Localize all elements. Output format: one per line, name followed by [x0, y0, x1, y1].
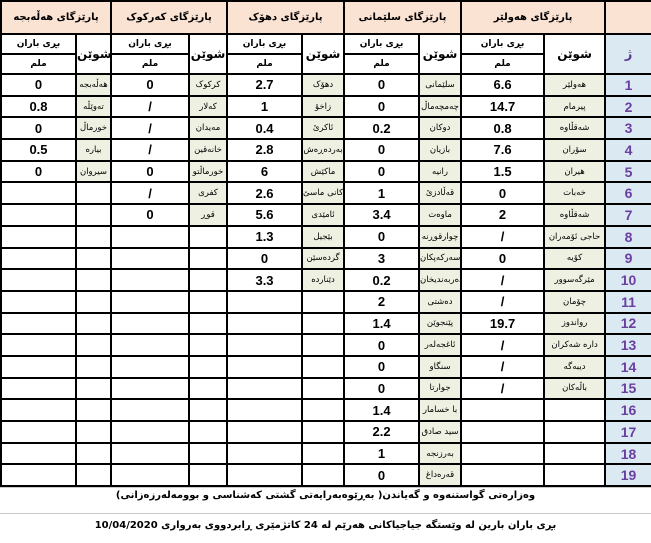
- unit-label: ملم: [111, 54, 189, 74]
- rain-value-halabja: 0.8: [1, 96, 76, 118]
- row-number: 15: [605, 378, 651, 400]
- rain-value-erbil: 2: [461, 204, 544, 226]
- row-number: 17: [605, 421, 651, 443]
- rain-value-erbil: [461, 464, 544, 486]
- row-number: 4: [605, 139, 651, 161]
- rain-value-duhok: [227, 378, 302, 400]
- table-row: 2دەشتی/چۆمان11: [1, 291, 651, 313]
- rain-value-sulaymaniyah: 0.2: [344, 269, 419, 291]
- place-header: شوێن: [419, 34, 461, 74]
- table-row: 1.4پێنجوێن19.7رواندوز12: [1, 313, 651, 335]
- rain-value-sulaymaniyah: 3: [344, 248, 419, 270]
- rain-value-halabja: [1, 291, 76, 313]
- station-name-halabja: خورماڵ: [76, 117, 111, 139]
- number-header: ژ: [605, 34, 651, 74]
- rain-value-sulaymaniyah: 0: [344, 74, 419, 96]
- rain-value-sulaymaniyah: 0: [344, 464, 419, 486]
- governorate-header-duhok: پارێزگای دهۆک: [227, 1, 344, 34]
- rain-amount-label: بڕی باران: [227, 34, 302, 54]
- station-name-sulaymaniyah: سید صادق: [419, 421, 461, 443]
- rain-value-duhok: 0.4: [227, 117, 302, 139]
- row-number: 10: [605, 269, 651, 291]
- station-name-erbil: [544, 421, 605, 443]
- rain-value-sulaymaniyah: 1.4: [344, 399, 419, 421]
- table-row: 2.2سید صادق17: [1, 421, 651, 443]
- rain-value-halabja: 0: [1, 161, 76, 183]
- station-name-halabja: [76, 182, 111, 204]
- table-row: 0گردەسێن3سەرکەپکان0کۆیە9: [1, 248, 651, 270]
- rain-value-halabja: [1, 226, 76, 248]
- station-name-halabja: [76, 443, 111, 465]
- rain-value-duhok: 1: [227, 96, 302, 118]
- station-name-kirkuk: [189, 443, 227, 465]
- station-name-sulaymaniyah: سلێمانی: [419, 74, 461, 96]
- footer-divider: [0, 513, 651, 514]
- rain-value-duhok: 6: [227, 161, 302, 183]
- station-name-sulaymaniyah: بازیان: [419, 139, 461, 161]
- station-name-halabja: [76, 248, 111, 270]
- rain-value-halabja: 0: [1, 74, 76, 96]
- station-name-duhok: [302, 378, 344, 400]
- table-row: 0خورماڵ/مەیدان0.4ئاکرێ0.2دوکان0.8شەقڵاوە…: [1, 117, 651, 139]
- station-name-duhok: کانی ماسێ: [302, 182, 344, 204]
- rain-value-duhok: 0: [227, 248, 302, 270]
- rain-value-halabja: [1, 443, 76, 465]
- rain-value-duhok: [227, 334, 302, 356]
- rain-value-duhok: [227, 399, 302, 421]
- table-row: 0ئاغجەلەر/دارە شەکران13: [1, 334, 651, 356]
- station-name-sulaymaniyah: دەشتی: [419, 291, 461, 313]
- rain-value-kirkuk: 0: [111, 161, 189, 183]
- rain-value-kirkuk: /: [111, 117, 189, 139]
- station-name-duhok: ماکێش: [302, 161, 344, 183]
- row-number: 9: [605, 248, 651, 270]
- station-name-erbil: باڵەکان: [544, 378, 605, 400]
- station-name-halabja: [76, 226, 111, 248]
- rain-value-duhok: [227, 464, 302, 486]
- station-name-duhok: [302, 356, 344, 378]
- rain-value-sulaymaniyah: 2: [344, 291, 419, 313]
- rain-value-halabja: [1, 204, 76, 226]
- rain-value-erbil: /: [461, 356, 544, 378]
- place-header: شوێن: [76, 34, 111, 74]
- station-name-duhok: [302, 313, 344, 335]
- rain-value-sulaymaniyah: 0: [344, 378, 419, 400]
- station-name-kirkuk: [189, 378, 227, 400]
- unit-label: ملم: [1, 54, 76, 74]
- rain-value-sulaymaniyah: 0: [344, 96, 419, 118]
- table-row: 1بەرزنجە18: [1, 443, 651, 465]
- rain-value-halabja: [1, 334, 76, 356]
- station-name-erbil: دارە شەکران: [544, 334, 605, 356]
- rain-value-halabja: [1, 182, 76, 204]
- station-name-sulaymaniyah: دوکان: [419, 117, 461, 139]
- station-name-sulaymaniyah: جوارتا: [419, 378, 461, 400]
- table-row: 0.5بیارە/خانەقین2.8بەردەڕەش0بازیان7.6سۆر…: [1, 139, 651, 161]
- rain-value-erbil: 0: [461, 248, 544, 270]
- rain-value-kirkuk: [111, 226, 189, 248]
- corner-cell: [605, 1, 651, 34]
- rain-value-erbil: 1.5: [461, 161, 544, 183]
- station-name-duhok: زاخۆ: [302, 96, 344, 118]
- rain-value-duhok: 2.7: [227, 74, 302, 96]
- rain-amount-label: بڕی باران: [1, 34, 76, 54]
- row-number: 11: [605, 291, 651, 313]
- station-name-duhok: دهۆک: [302, 74, 344, 96]
- station-name-kirkuk: [189, 356, 227, 378]
- rain-value-halabja: 0: [1, 117, 76, 139]
- row-number: 1: [605, 74, 651, 96]
- station-name-kirkuk: [189, 313, 227, 335]
- station-name-halabja: [76, 399, 111, 421]
- report-caption: بڕی باران بارین لە وێستگە جیاجیاکانی هەر…: [0, 520, 651, 531]
- row-number: 3: [605, 117, 651, 139]
- station-name-sulaymaniyah: قەرەداغ: [419, 464, 461, 486]
- rain-value-duhok: 1.3: [227, 226, 302, 248]
- rain-value-erbil: /: [461, 334, 544, 356]
- station-name-erbil: حاجی ئۆمەران: [544, 226, 605, 248]
- rain-value-kirkuk: 0: [111, 204, 189, 226]
- station-name-sulaymaniyah: ماوەت: [419, 204, 461, 226]
- table-row: 0.8تەوێڵە/کەلار1زاخۆ0چەمچەماڵ14.7پیرمام2: [1, 96, 651, 118]
- table-row: 1.3بێجیل0چوارقوڕنە/حاجی ئۆمەران8: [1, 226, 651, 248]
- station-name-erbil: خەبات: [544, 182, 605, 204]
- rain-value-kirkuk: /: [111, 139, 189, 161]
- rain-value-sulaymaniyah: 0: [344, 356, 419, 378]
- station-name-sulaymaniyah: دەربەندیخان: [419, 269, 461, 291]
- footer-divider: [0, 487, 651, 488]
- rain-value-duhok: [227, 356, 302, 378]
- station-name-duhok: ئاکرێ: [302, 117, 344, 139]
- rain-value-kirkuk: [111, 356, 189, 378]
- rainfall-table: پارێزگای هەڵەبجە پارێزگای کەرکوک پارێزگا…: [0, 0, 651, 487]
- rain-value-erbil: [461, 443, 544, 465]
- rain-value-kirkuk: [111, 313, 189, 335]
- unit-label: ملم: [461, 54, 544, 74]
- rain-value-erbil: /: [461, 226, 544, 248]
- table-row: 0قەرەداغ19: [1, 464, 651, 486]
- station-name-erbil: هەولێر: [544, 74, 605, 96]
- rain-value-halabja: [1, 313, 76, 335]
- rain-value-kirkuk: [111, 269, 189, 291]
- table-row: 0قوڕ5.6ئامێدی3.4ماوەت2شەقڵاوە7: [1, 204, 651, 226]
- station-name-kirkuk: [189, 334, 227, 356]
- rain-value-kirkuk: [111, 464, 189, 486]
- station-name-duhok: [302, 443, 344, 465]
- ministry-caption: وەزارەتی گواستنەوە و گەیاندن( بەڕێوەبەرا…: [0, 490, 651, 501]
- row-number: 16: [605, 399, 651, 421]
- rain-value-halabja: [1, 356, 76, 378]
- station-name-halabja: تەوێڵە: [76, 96, 111, 118]
- station-name-erbil: چۆمان: [544, 291, 605, 313]
- station-name-duhok: بێجیل: [302, 226, 344, 248]
- station-name-duhok: [302, 291, 344, 313]
- station-name-erbil: سۆران: [544, 139, 605, 161]
- station-name-halabja: [76, 334, 111, 356]
- station-name-halabja: [76, 313, 111, 335]
- station-name-kirkuk: [189, 291, 227, 313]
- rain-value-sulaymaniyah: 1.4: [344, 313, 419, 335]
- rain-value-sulaymaniyah: 2.2: [344, 421, 419, 443]
- station-name-sulaymaniyah: بەرزنجە: [419, 443, 461, 465]
- station-name-duhok: ئامێدی: [302, 204, 344, 226]
- rain-value-erbil: [461, 399, 544, 421]
- row-number: 14: [605, 356, 651, 378]
- place-header: شوێن: [544, 34, 605, 74]
- station-name-halabja: [76, 356, 111, 378]
- station-name-kirkuk: قوڕ: [189, 204, 227, 226]
- station-name-duhok: بەردەڕەش: [302, 139, 344, 161]
- station-name-kirkuk: [189, 248, 227, 270]
- rain-value-erbil: /: [461, 378, 544, 400]
- rain-value-erbil: 19.7: [461, 313, 544, 335]
- rain-value-sulaymaniyah: 1: [344, 443, 419, 465]
- rain-value-erbil: 6.6: [461, 74, 544, 96]
- station-name-erbil: مێرگەسوور: [544, 269, 605, 291]
- station-name-halabja: [76, 378, 111, 400]
- station-name-kirkuk: کەلار: [189, 96, 227, 118]
- rain-value-halabja: 0.5: [1, 139, 76, 161]
- row-number: 18: [605, 443, 651, 465]
- station-name-erbil: پیرمام: [544, 96, 605, 118]
- table-row: 3.3دێناردە0.2دەربەندیخان/مێرگەسوور10: [1, 269, 651, 291]
- rain-value-halabja: [1, 378, 76, 400]
- station-name-erbil: رواندوز: [544, 313, 605, 335]
- rain-value-halabja: [1, 421, 76, 443]
- rain-value-erbil: 7.6: [461, 139, 544, 161]
- rain-value-erbil: 0: [461, 182, 544, 204]
- row-number: 6: [605, 182, 651, 204]
- rain-value-kirkuk: [111, 399, 189, 421]
- rain-value-sulaymaniyah: 0: [344, 161, 419, 183]
- rain-value-sulaymaniyah: 0: [344, 334, 419, 356]
- table-row: 1.4با خسامار16: [1, 399, 651, 421]
- row-number: 7: [605, 204, 651, 226]
- station-name-halabja: سیروان: [76, 161, 111, 183]
- station-name-duhok: [302, 334, 344, 356]
- rain-amount-label: بڕی باران: [461, 34, 544, 54]
- station-name-erbil: [544, 399, 605, 421]
- row-number: 2: [605, 96, 651, 118]
- rain-value-kirkuk: /: [111, 182, 189, 204]
- rain-value-kirkuk: /: [111, 96, 189, 118]
- unit-label: ملم: [227, 54, 302, 74]
- rain-value-erbil: [461, 421, 544, 443]
- row-number: 8: [605, 226, 651, 248]
- station-name-sulaymaniyah: پێنجوێن: [419, 313, 461, 335]
- station-name-duhok: [302, 421, 344, 443]
- rain-value-sulaymaniyah: 0.2: [344, 117, 419, 139]
- station-name-sulaymaniyah: چەمچەماڵ: [419, 96, 461, 118]
- rain-amount-label: بڕی باران: [111, 34, 189, 54]
- station-name-erbil: کۆیە: [544, 248, 605, 270]
- rain-value-kirkuk: [111, 334, 189, 356]
- rain-value-kirkuk: [111, 421, 189, 443]
- rain-value-kirkuk: [111, 443, 189, 465]
- place-header: شوێن: [189, 34, 227, 74]
- station-name-halabja: [76, 421, 111, 443]
- rain-value-kirkuk: [111, 248, 189, 270]
- station-name-kirkuk: [189, 399, 227, 421]
- rain-value-duhok: 2.6: [227, 182, 302, 204]
- station-name-sulaymaniyah: رانیە: [419, 161, 461, 183]
- station-name-duhok: دێناردە: [302, 269, 344, 291]
- table-row: 0سیروان0خورماڵتو6ماکێش0رانیە1.5هیران5: [1, 161, 651, 183]
- station-name-kirkuk: [189, 421, 227, 443]
- unit-label: ملم: [344, 54, 419, 74]
- rain-value-halabja: [1, 464, 76, 486]
- rain-value-duhok: 2.8: [227, 139, 302, 161]
- governorate-header-kirkuk: پارێزگای کەرکوک: [111, 1, 227, 34]
- station-name-sulaymaniyah: قەڵادزێ: [419, 182, 461, 204]
- governorate-header-sulaymaniyah: پارێزگای سلێمانی: [344, 1, 461, 34]
- station-name-kirkuk: [189, 269, 227, 291]
- rain-value-erbil: /: [461, 291, 544, 313]
- table-row: 0هەڵەبجە0کرکوک2.7دهۆک0سلێمانی6.6هەولێر1: [1, 74, 651, 96]
- station-name-sulaymaniyah: سەرکەپکان: [419, 248, 461, 270]
- station-name-kirkuk: مەیدان: [189, 117, 227, 139]
- rain-value-kirkuk: 0: [111, 74, 189, 96]
- station-name-erbil: [544, 443, 605, 465]
- station-name-kirkuk: کرکوک: [189, 74, 227, 96]
- rain-value-duhok: 5.6: [227, 204, 302, 226]
- station-name-duhok: [302, 399, 344, 421]
- rain-value-halabja: [1, 248, 76, 270]
- row-number: 12: [605, 313, 651, 335]
- rain-value-sulaymaniyah: 0: [344, 139, 419, 161]
- station-name-duhok: گردەسێن: [302, 248, 344, 270]
- station-name-duhok: [302, 464, 344, 486]
- rain-value-erbil: 0.8: [461, 117, 544, 139]
- station-name-kirkuk: [189, 226, 227, 248]
- station-name-kirkuk: خانەقین: [189, 139, 227, 161]
- rain-value-duhok: [227, 421, 302, 443]
- station-name-erbil: شەقڵاوە: [544, 117, 605, 139]
- place-header: شوێن: [302, 34, 344, 74]
- rain-value-halabja: [1, 269, 76, 291]
- station-name-halabja: [76, 464, 111, 486]
- station-name-sulaymaniyah: با خسامار: [419, 399, 461, 421]
- rain-value-duhok: [227, 313, 302, 335]
- station-name-erbil: شەقڵاوە: [544, 204, 605, 226]
- table-row: 0جوارتا/باڵەکان15: [1, 378, 651, 400]
- table-row: 0سنگاو/دیبەگە14: [1, 356, 651, 378]
- rain-value-halabja: [1, 399, 76, 421]
- rain-value-sulaymaniyah: 3.4: [344, 204, 419, 226]
- governorate-header-halabja: پارێزگای هەڵەبجە: [1, 1, 111, 34]
- rain-value-duhok: 3.3: [227, 269, 302, 291]
- station-name-erbil: هیران: [544, 161, 605, 183]
- rain-value-erbil: 14.7: [461, 96, 544, 118]
- rain-value-duhok: [227, 291, 302, 313]
- row-number: 5: [605, 161, 651, 183]
- rain-value-kirkuk: [111, 291, 189, 313]
- station-name-sulaymaniyah: چوارقوڕنە: [419, 226, 461, 248]
- row-number: 19: [605, 464, 651, 486]
- rain-value-duhok: [227, 443, 302, 465]
- station-name-halabja: [76, 291, 111, 313]
- station-name-erbil: دیبەگە: [544, 356, 605, 378]
- station-name-halabja: [76, 204, 111, 226]
- rain-value-sulaymaniyah: 0: [344, 226, 419, 248]
- station-name-sulaymaniyah: ئاغجەلەر: [419, 334, 461, 356]
- rain-value-erbil: /: [461, 269, 544, 291]
- station-name-sulaymaniyah: سنگاو: [419, 356, 461, 378]
- station-name-erbil: [544, 464, 605, 486]
- governorate-header-erbil: پارێزگای هەولێر: [461, 1, 605, 34]
- station-name-kirkuk: [189, 464, 227, 486]
- station-name-kirkuk: خورماڵتو: [189, 161, 227, 183]
- rain-value-kirkuk: [111, 378, 189, 400]
- station-name-kirkuk: کفری: [189, 182, 227, 204]
- rain-amount-label: بڕی باران: [344, 34, 419, 54]
- station-name-halabja: [76, 269, 111, 291]
- station-name-halabja: بیارە: [76, 139, 111, 161]
- row-number: 13: [605, 334, 651, 356]
- rain-value-sulaymaniyah: 1: [344, 182, 419, 204]
- station-name-halabja: هەڵەبجە: [76, 74, 111, 96]
- table-row: /کفری2.6کانی ماسێ1قەڵادزێ0خەبات6: [1, 182, 651, 204]
